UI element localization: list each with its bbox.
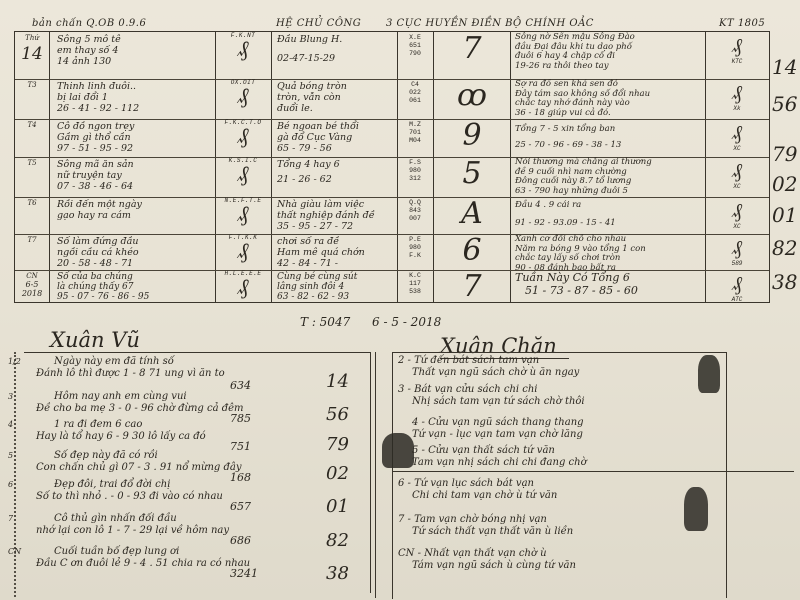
item-line: Cô thủ gìn nhấn đối đầu [30,513,370,525]
verse-line: 63 - 790 hay những đuôi 5 [515,187,705,197]
verse-line: ngồi cầu cá khéo [57,247,217,258]
verse-line: 20 - 58 - 48 - 71 [57,258,217,269]
day-date: 6-5 2018 [17,280,47,298]
item-number: 1/2 [8,356,21,368]
seated-figure-illustration-icon [382,433,414,468]
item-line: Số đẹp này đã có rồi [30,450,370,462]
verse-line: Cùng bé cùng sút [277,272,397,282]
verse-line: Số của ba chúng [57,272,217,282]
signature-cell: ₰XC [707,119,767,157]
item-number: 3 [398,384,404,395]
verse-line: 95 - 07 - 76 - 86 - 95 [57,292,217,302]
signature-code: XC [707,183,767,190]
code-line: Q.Q [400,199,430,207]
verse-cell: Nói thương mà chẳng ai thươngđề 9 cuối n… [512,157,705,197]
standing-figure-illustration-icon [698,355,720,393]
verse-line: 63 - 82 - 62 - 93 [277,292,397,302]
code-cell: Q.Q843007 [400,197,430,234]
emblem-cell: 7 [435,32,509,79]
emblem-icon: 7 [462,32,481,66]
signature-glyph-icon: ₰ [217,86,269,108]
code-line: 790 [400,50,430,58]
item-line: Đầu C ơn đuôi lẻ 9 - 4 . 51 chia ra có n… [30,558,370,570]
emblem-cell: 9 [435,119,509,157]
verse-line: bị lai đổi 1 [57,92,217,103]
verse-cell: Tổng 7 - 5 xin tổng ban25 - 70 - 96 - 69… [512,119,705,157]
verse-line: Sông mã ăn sản [57,159,217,170]
item-line: Đánh lô thì được 1 - 8 71 ung vì ăn to [30,368,370,380]
verse-line: Tổng 7 - 5 xin tổng ban [515,125,705,135]
verse-cell: Số của ba chúnglà chúng thấy 6795 - 07 -… [53,270,217,302]
table-row: CN6-5 2018 Số của ba chúnglà chúng thấy … [15,270,769,302]
standing-figure-illustration-icon [684,487,708,531]
item-number: CN [8,546,21,558]
item-line: Hôm nay anh em cùng vui [30,391,370,403]
code-line: 007 [400,215,430,223]
signature-glyph-icon: ₰ [217,204,269,226]
verse-line: 36 - 18 giúp vui cả đó. [515,109,705,119]
symbol-cell: F.T.K.K₰ [217,234,269,270]
verse-line: Gầm gì thổ cần [57,132,217,143]
verse-line: Tuần Này Có Tổng 6 [515,271,705,284]
verse-line: đuổi le. [277,103,397,114]
verse-line: 26 - 41 - 92 - 112 [57,103,217,114]
signature-cell: ₰ATC [707,270,767,302]
item-line: Ngày này em đã tính số [30,356,370,368]
verse-line: Bé ngoan bé thổi [277,121,397,132]
code-cell: K.C117538 [400,270,430,302]
verse-line: 42 - 84 - 71 - [277,258,397,269]
item-number: 6 [8,479,13,491]
section-divider [375,352,376,598]
symbol-cell: OX.OIT₰ [217,79,269,119]
verse-line: Sông 5 mô tê [57,34,217,45]
day-label: T5 [27,159,36,167]
verse-cell: Đầu 4 . 9 cái ra91 - 92 - 93.09 - 15 - 4… [512,197,705,234]
verse-line: 65 - 79 - 56 [277,143,397,154]
verse-cell: Sông nờ Sẽn mậu Sông Đàođầu Đại đâu khi … [512,32,705,79]
code-line: F.S [400,159,430,167]
verse-cell: Sông mã ăn sảnnữ truyện tay07 - 38 - 46 … [53,157,217,197]
header-middle: HỆ CHỦ CÔNG [276,18,361,29]
verse-cell: Rồi đến một ngàygạo hay ra cám [53,197,217,234]
verse-cell: Sông 5 mô têem thay số 414 ảnh 130 [53,32,217,79]
signature-glyph-icon: ₰ [732,80,742,104]
side-number: 56 [772,92,800,116]
right-item: 7 - Tam vạn chờ bóng nhị vạn Tứ sách thấ… [398,514,718,538]
item-number: CN [398,548,414,559]
verse-cell: Bé ngoan bé thổigà đổ Cục Vàng65 - 79 - … [273,119,397,157]
table-row: T4 Cô đồ ngon trẹyGầm gì thổ cần97 - 51 … [15,119,769,158]
right-item: 6 - Tứ vạn lục sách bát vạn Chi chi tam … [398,478,718,502]
day-cell: Thứ14 [17,32,47,79]
item-number: 4 [412,417,418,428]
code-line: P.E [400,236,430,244]
signature-code: XC [707,145,767,152]
day-label: T7 [27,236,36,244]
verse-line: 25 - 70 - 96 - 69 - 38 - 13 [515,141,705,151]
item-line: Tứ sách thất vạn thất văn ù liền [398,526,718,538]
verse-line: Thinh linh đuôi.. [57,81,217,92]
signature-code: Xk [707,105,767,112]
verse-line: Số làm đứng đầu [57,236,217,247]
item-line: Đề cho ba mẹ 3 - 0 - 96 chờ đừng cả đêm [30,403,370,415]
verse-line: 97 - 51 - 95 - 92 [57,143,217,154]
verse-line: 21 - 26 - 62 [277,174,397,185]
item-line: Con chấn chủ gì 07 - 3 . 91 nổ mừng đây [30,462,370,474]
item-line: Chi chi tam vạn chờ ù tứ văn [398,490,718,502]
verse-line: gạo hay ra cám [57,210,217,221]
signature-code: 589 [707,260,767,267]
header-right: 3 CỤC HUYỀN ĐIỀN BỘ CHÍNH OẢC [386,18,594,29]
item-line: Tứ vạn - lục vạn tam vạn chờ lăng [398,429,718,441]
code-line: 312 [400,175,430,183]
signature-glyph-icon: ₰ [732,198,742,222]
code-line: X.E [400,34,430,42]
side-number: 01 [772,203,800,227]
signature-glyph-icon: ₰ [732,235,742,259]
verse-cell: Xanh cơ đổi chỗ cho nhauNăm ra bóng 9 và… [512,234,705,270]
verse-line: thất nghiệp đánh đề [277,210,397,221]
verse-cell: Cùng bé cùng sútlâng sinh đôi 463 - 82 -… [273,270,397,302]
day-cell: T6 [17,197,47,234]
verse-line: 35 - 95 - 27 - 72 [277,221,397,232]
verse-line: lâng sinh đôi 4 [277,282,397,292]
table-row: T5 Sông mã ăn sảnnữ truyện tay07 - 38 - … [15,157,769,198]
left-item: 6 Đẹp đôi, trai đổ đời chị Số to thì nhỏ… [30,479,370,503]
verse-line: 19-26 ra thôi theo tay [515,62,705,72]
verse-line: Nhà giàu làm việc [277,199,397,210]
side-number: 02 [772,172,800,196]
code-cell: F.S980312 [400,157,430,197]
code-cell: C4022061 [400,79,430,119]
verse-line: Đầu 4 . 9 cái ra [515,201,705,211]
item-line: 1 ra đi đem 6 cao [30,419,370,431]
verse-line: gà đổ Cục Vàng [277,132,397,143]
code-line: M.Z [400,121,430,129]
item-line: Bát vạn cửu sách chi chi [414,384,537,395]
table-row: Thứ14 Sông 5 mô têem thay số 414 ảnh 130… [15,32,769,80]
verse-cell: Sợ ra đồ sen khá sen đỏĐây tám sao không… [512,79,705,119]
right-item: 3 - Bát vạn cửu sách chi chi Nhị sách ta… [398,384,718,408]
day-label: T6 [27,199,36,207]
code-line: 843 [400,207,430,215]
symbol-cell: F.K.NT₰ [217,32,269,79]
day-label: Thứ [25,34,39,42]
table-header: bản chấn Q.OB 0.9.6 HỆ CHỦ CÔNG 3 CỤC HU… [14,18,766,32]
item-line: Tam vạn nhị sách chi chi đang chờ [398,457,718,469]
item-line: Tứ đến bát sách tam vạn [414,355,539,366]
section-divider [392,471,794,472]
signature-cell: ₰Xk [707,79,767,119]
item-score: 01 [326,501,349,513]
item-number: 4 [8,419,13,431]
code-line: F.K [400,252,430,260]
verse-line: là chúng thấy 67 [57,282,217,292]
code-line: 061 [400,97,430,105]
table-row: T7 Số làm đứng đầungồi cầu cá khéo20 - 5… [15,234,769,271]
item-line: Cửu vạn thất sách tứ văn [428,445,555,456]
signature-cell: ₰XC [707,157,767,197]
table-row: T3 Thinh linh đuôi..bị lai đổi 126 - 41 … [15,79,769,120]
weekly-table: Thứ14 Sông 5 mô têem thay số 414 ảnh 130… [14,31,770,303]
verse-cell: Đầu Blung H.02-47-15-29 [273,32,397,79]
code-line: 022 [400,89,430,97]
symbol-cell: F.K.C.T.O₰ [217,119,269,157]
emblem-icon: A [461,197,483,231]
item-line: Thất vạn ngũ sách chờ ù ăn ngay [398,367,718,379]
item-line: Tám vạn ngũ sách ù cùng tứ văn [398,560,718,572]
verse-cell: chơi số ra đềHam mê quá chớn42 - 84 - 71… [273,234,397,270]
day-number: 14 [17,44,47,64]
day-cell: CN6-5 2018 [17,270,47,302]
symbol-cell: N.E.F.T.E₰ [217,197,269,234]
table-row: T6 Rồi đến một ngàygạo hay ra cám N.E.F.… [15,197,769,235]
signature-glyph-icon: ₰ [732,271,742,295]
item-number: 3 [8,391,13,403]
emblem-cell: ꝏ [435,79,509,119]
header-left: bản chấn Q.OB 0.9.6 [32,18,146,29]
reference-line: T : 5047 6 - 5 - 2018 [300,315,441,329]
side-number: 38 [772,270,800,294]
signature-glyph-icon: ₰ [217,241,269,263]
item-number: 7 [8,513,13,525]
verse-line: 07 - 38 - 46 - 64 [57,181,217,192]
symbol-cell: K.S.I.C₰ [217,157,269,197]
item-score: 38 [326,568,349,580]
header-code: KT 1805 [719,18,765,29]
left-item: CN Cuối tuần bố đẹp lung ơi Đầu C ơn đuô… [30,546,370,570]
signature-glyph-icon: ₰ [217,126,269,148]
item-line: nhớ lại con lô 1 - 7 - 29 lại về hôm nay [30,525,370,537]
verse-cell: Tuần Này Có Tổng 651 - 73 - 87 - 85 - 60 [512,270,705,302]
verse-line: Ham mê quá chớn [277,247,397,258]
signature-cell: ₰589 [707,234,767,270]
day-cell: T3 [17,79,47,119]
signature-code: KTC [707,58,767,65]
emblem-icon: 9 [462,119,481,153]
verse-line: Đầu Blung H. [277,34,397,45]
signature-glyph-icon: ₰ [732,33,742,57]
code-line: 117 [400,280,430,288]
code-line: 538 [400,288,430,296]
signature-glyph-icon: ₰ [217,277,269,299]
verse-line: 14 ảnh 130 [57,56,217,67]
side-number: 14 [772,55,800,79]
code-line: K.C [400,272,430,280]
verse-line: 02-47-15-29 [277,53,397,64]
verse-line: Quả bóng tròn [277,81,397,92]
verse-line: em thay số 4 [57,45,217,56]
signature-glyph-icon: ₰ [217,39,269,61]
code-cell: M.Z701M04 [400,119,430,157]
verse-line: tròn, vẫn còn [277,92,397,103]
verse-line: Cô đồ ngon trẹy [57,121,217,132]
reference-date: 6 - 5 - 2018 [372,315,441,329]
item-line: Số to thì nhỏ . - 0 - 93 đi vào có nhau [30,491,370,503]
verse-line: 51 - 73 - 87 - 85 - 60 [515,284,705,297]
emblem-icon: 7 [462,270,481,302]
signature-glyph-icon: ₰ [732,120,742,144]
verse-cell: Thinh linh đuôi..bị lai đổi 126 - 41 - 9… [53,79,217,119]
emblem-icon: 5 [462,157,481,191]
signature-code: XC [707,223,767,230]
emblem-cell: A [435,197,509,234]
left-item: 3 Hôm nay anh em cùng vui Đề cho ba mẹ 3… [30,391,370,415]
side-number: 79 [772,142,800,166]
item-line: Nhị sách tam vạn tứ sách chờ thôi [398,396,718,408]
item-sub-number: 3241 [230,568,258,580]
signature-glyph-icon: ₰ [217,164,269,186]
day-label: CN [26,272,37,280]
code-cell: P.E980F.K [400,234,430,270]
item-sub-number: 657 [230,501,251,513]
signature-cell: ₰KTC [707,32,767,79]
code-line: 651 [400,42,430,50]
left-item: 1/2 Ngày này em đã tính số Đánh lô thì đ… [30,356,370,380]
verse-cell: Quả bóng tròntròn, vẫn cònđuổi le. [273,79,397,119]
left-item: 4 1 ra đi đem 6 cao Hay là tổ hay 6 - 9 … [30,419,370,443]
verse-line: nữ truyện tay [57,170,217,181]
verse-cell: Nhà giàu làm việcthất nghiệp đánh đề35 -… [273,197,397,234]
item-line: Cuối tuần bố đẹp lung ơi [30,546,370,558]
day-label: T4 [27,121,36,129]
right-item: 4 - Cửu vạn ngũ sách thang thang Tứ vạn … [398,417,718,441]
item-line: Nhất vạn thất vạn chờ ù [424,548,546,559]
item-line: Hay là tổ hay 6 - 9 30 lô lấy ca đó [30,431,370,443]
right-item: CN - Nhất vạn thất vạn chờ ù Tám vạn ngũ… [398,548,718,572]
item-number: 7 [398,514,404,525]
code-line: 980 [400,167,430,175]
verse-line: Rồi đến một ngày [57,199,217,210]
verse-cell: Số làm đứng đầungồi cầu cá khéo20 - 58 -… [53,234,217,270]
item-line: Cửu vạn ngũ sách thang thang [428,417,583,428]
verse-cell: Tổng 4 hay 621 - 26 - 62 [273,157,397,197]
emblem-icon: 6 [462,234,481,268]
right-item: 2 - Tứ đến bát sách tam vạn Thất vạn ngũ… [398,355,718,379]
signature-cell: ₰XC [707,197,767,234]
verse-line: 91 - 92 - 93.09 - 15 - 41 [515,219,705,229]
emblem-icon: ꝏ [457,79,487,113]
code-line: C4 [400,81,430,89]
day-cell: T4 [17,119,47,157]
left-section-title: Xuân Vũ [50,328,140,352]
signature-glyph-icon: ₰ [732,158,742,182]
left-item: 7 Cô thủ gìn nhấn đối đầu nhớ lại con lô… [30,513,370,537]
emblem-cell: 6 [435,234,509,270]
symbol-cell: H.L.E.E.E₰ [217,270,269,302]
signature-code: ATC [707,296,767,302]
reference-number: T : 5047 [300,315,350,329]
verse-cell: Cô đồ ngon trẹyGầm gì thổ cần97 - 51 - 9… [53,119,217,157]
item-line: Tứ vạn lục sách bát vạn [414,478,534,489]
emblem-cell: 7 [435,270,509,302]
verse-line: chơi số ra đề [277,236,397,247]
left-item: 5 Số đẹp này đã có rồi Con chấn chủ gì 0… [30,450,370,474]
code-cell: X.E651790 [400,32,430,79]
day-label: T3 [27,81,36,89]
code-line: M04 [400,137,430,145]
emblem-cell: 5 [435,157,509,197]
right-item: 5 - Cửu vạn thất sách tứ văn Tam vạn nhị… [398,445,718,469]
verse-line: Tổng 4 hay 6 [277,159,397,170]
item-line: Tam vạn chờ bóng nhị vạn [414,514,547,525]
day-cell: T5 [17,157,47,197]
item-score: 14 [326,376,349,388]
day-cell: T7 [17,234,47,270]
paper-page: bản chấn Q.OB 0.9.6 HỆ CHỦ CÔNG 3 CỤC HU… [0,0,800,600]
item-number: 2 [398,355,404,366]
side-number: 82 [772,236,800,260]
item-line: Đẹp đôi, trai đổ đời chị [30,479,370,491]
section-divider [726,352,727,598]
item-number: 6 [398,478,404,489]
item-number: 5 [8,450,13,462]
code-line: 701 [400,129,430,137]
code-line: 980 [400,244,430,252]
